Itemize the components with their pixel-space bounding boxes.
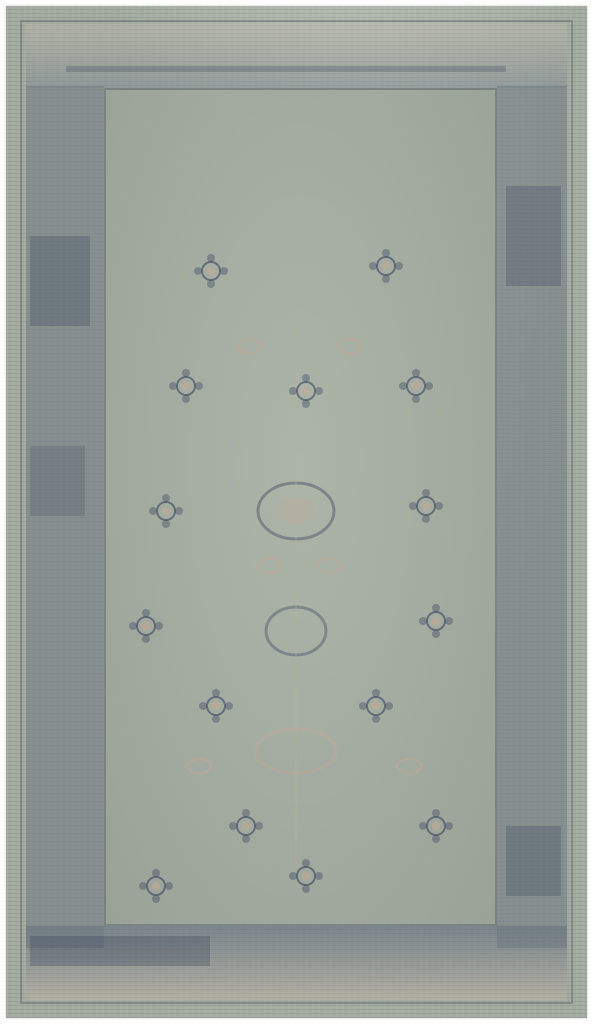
rug [6, 6, 587, 1018]
floral-motifs [6, 6, 587, 1018]
